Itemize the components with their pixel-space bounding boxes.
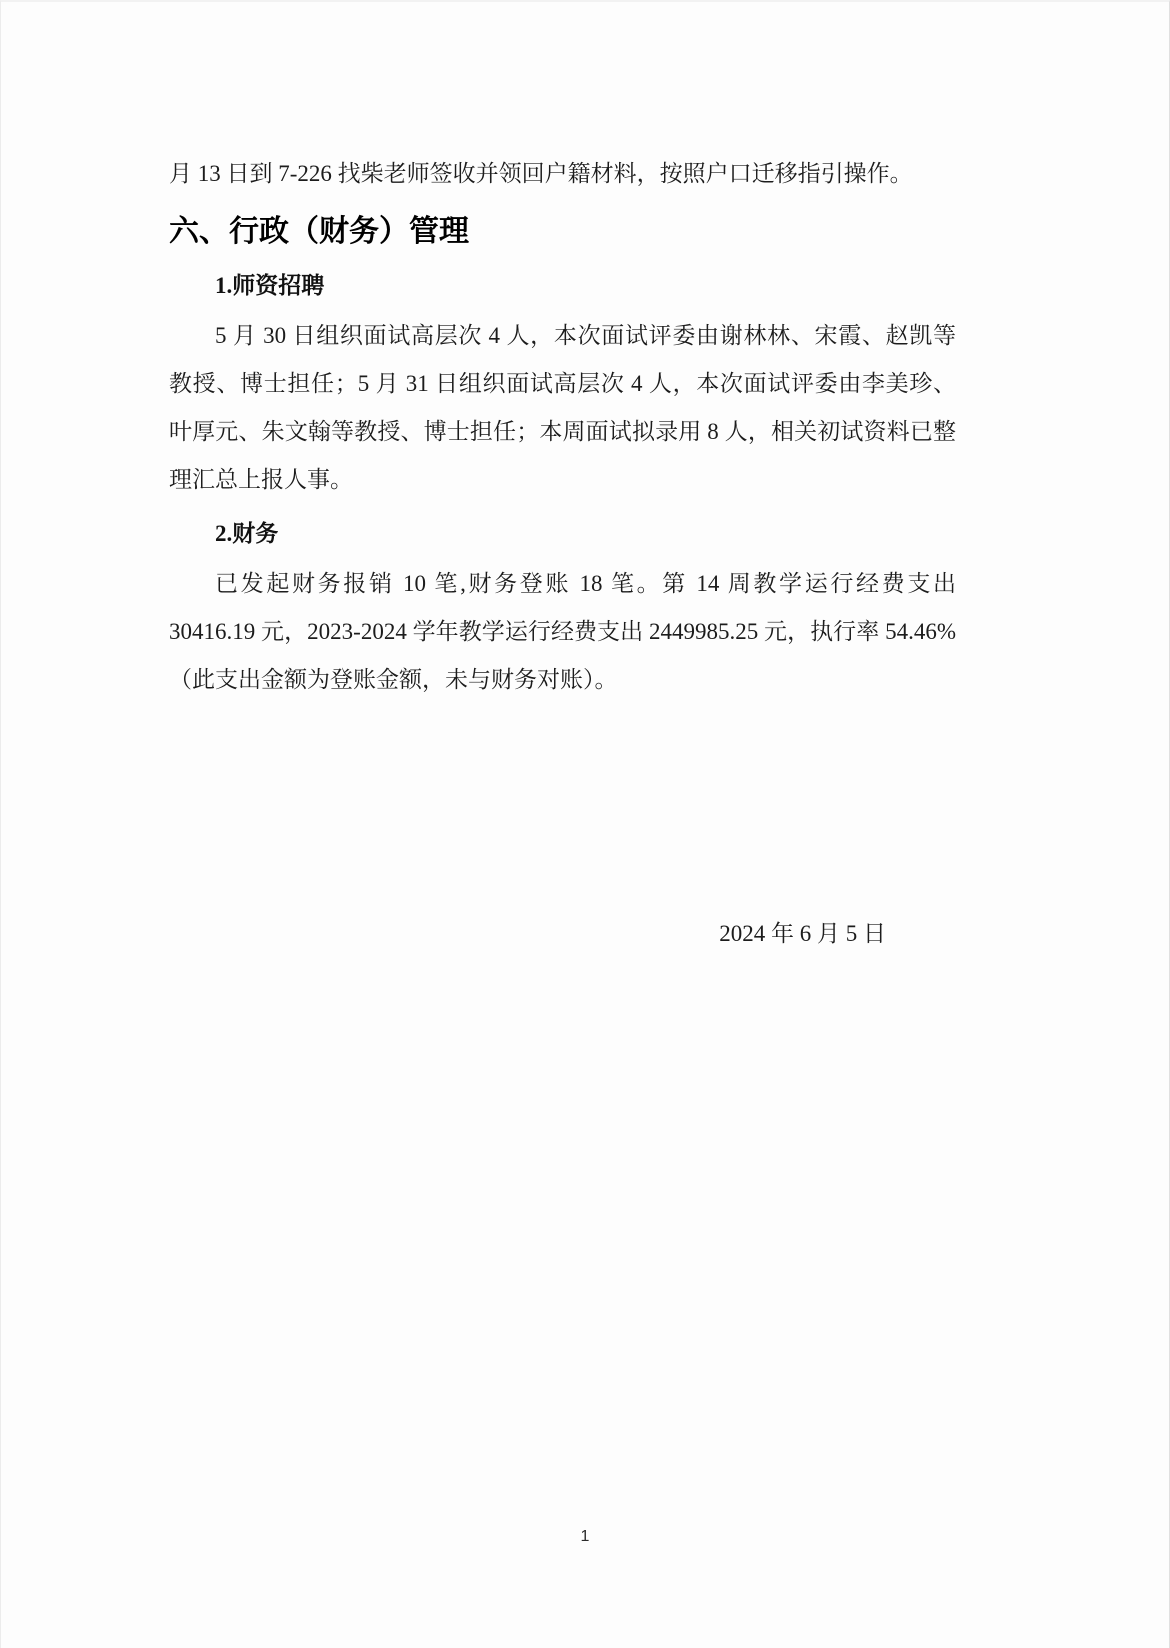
subsection-heading-recruitment: 1.师资招聘	[169, 262, 956, 310]
continuation-paragraph-line: 月 13 日到 7-226 找柴老师签收并领回户籍材料，按照户口迁移指引操作。	[169, 150, 956, 198]
document-page: 月 13 日到 7-226 找柴老师签收并领回户籍材料，按照户口迁移指引操作。 …	[0, 0, 1170, 1648]
subsection-heading-finance: 2.财务	[169, 510, 956, 558]
page-number: 1	[581, 1528, 590, 1545]
document-date: 2024 年 6 月 5 日	[169, 910, 956, 958]
page-content: 月 13 日到 7-226 找柴老师签收并领回户籍材料，按照户口迁移指引操作。 …	[1, 2, 1169, 958]
finance-paragraph: 已发起财务报销 10 笔,财务登账 18 笔。第 14 周教学运行经费支出 30…	[169, 560, 956, 704]
section-heading: 六、行政（财务）管理	[169, 208, 956, 256]
page-footer: 1	[1, 1526, 1169, 1548]
recruitment-paragraph: 5 月 30 日组织面试高层次 4 人，本次面试评委由谢林林、宋霞、赵凯等教授、…	[169, 312, 956, 504]
